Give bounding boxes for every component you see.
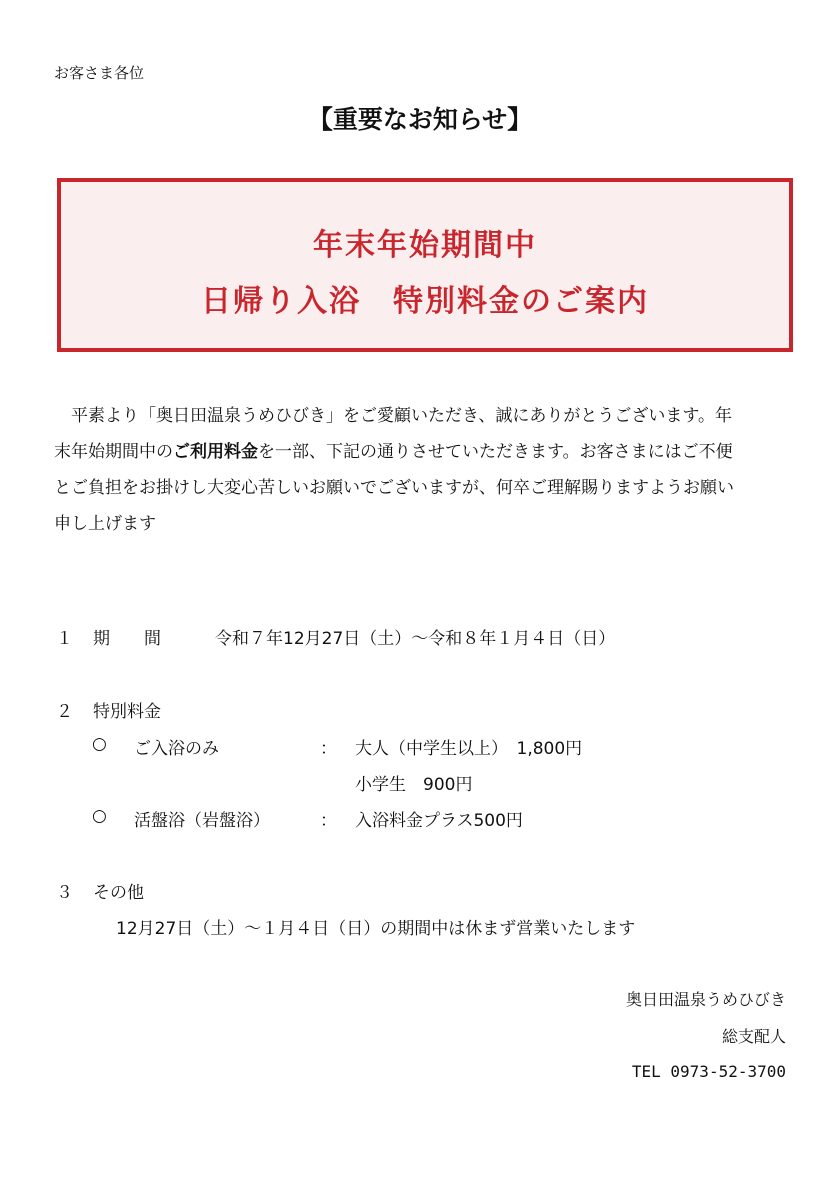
intro-line-1: 平素より「奥日田温泉うめひびき」をご愛顧いただき、誠にありがとうございます。年 (71, 406, 732, 426)
intro-line-2-post: を一部、下記の通りさせていただきます。お客さまにはご不便 (258, 442, 733, 462)
fee-adult: 大人（中学生以上） 1,800円 (355, 734, 582, 759)
section-2-number: ２ (56, 697, 73, 722)
fee-bedrock-bath: 入浴料金プラス500円 (355, 806, 523, 831)
banner-line-1: 年末年始期間中 (61, 220, 789, 264)
bullet-icon: ○ (92, 734, 107, 754)
phone-number: TEL 0973-52-3700 (632, 1062, 786, 1081)
facility-name: 奥日田温泉うめひびき (626, 987, 786, 1010)
other-notice: 12月27日（土）～１月４日（日）の期間中は休まず営業いたします (116, 914, 635, 939)
signer-title: 総支配人 (722, 1024, 786, 1047)
salutation: お客さま各位 (54, 62, 144, 83)
fee-separator: ： (320, 734, 337, 759)
fee-child: 小学生 900円 (355, 770, 472, 795)
period-value: 令和７年12月27日（土）～令和８年１月４日（日） (215, 624, 615, 649)
fee-item-bath-only: ご入浴のみ (134, 734, 219, 759)
intro-line-3: とご負担をお掛けし大変心苦しいお願いでございますが、何卒ご理解賜りますようお願い (54, 470, 784, 506)
section-1-label: 期 間 (93, 624, 161, 649)
intro-line-4: 申し上げます (54, 506, 784, 542)
section-3-label: その他 (93, 878, 144, 903)
intro-paragraph: 平素より「奥日田温泉うめひびき」をご愛顧いただき、誠にありがとうございます。年 … (54, 398, 784, 542)
fee-item-bedrock-bath: 活盤浴（岩盤浴） (134, 806, 270, 831)
notice-heading: 【重要なお知らせ】 (0, 100, 840, 136)
section-3-number: ３ (56, 878, 73, 903)
section-1-number: １ (56, 624, 73, 649)
section-2-label: 特別料金 (93, 697, 161, 722)
intro-emphasis: ご利用料金 (173, 442, 258, 462)
announcement-banner: 年末年始期間中 日帰り入浴 特別料金のご案内 (57, 178, 793, 352)
banner-line-2: 日帰り入浴 特別料金のご案内 (61, 276, 789, 320)
bullet-icon: ○ (92, 806, 107, 826)
intro-line-2-pre: 末年始期間中の (54, 442, 173, 462)
fee-separator: ： (320, 806, 337, 831)
